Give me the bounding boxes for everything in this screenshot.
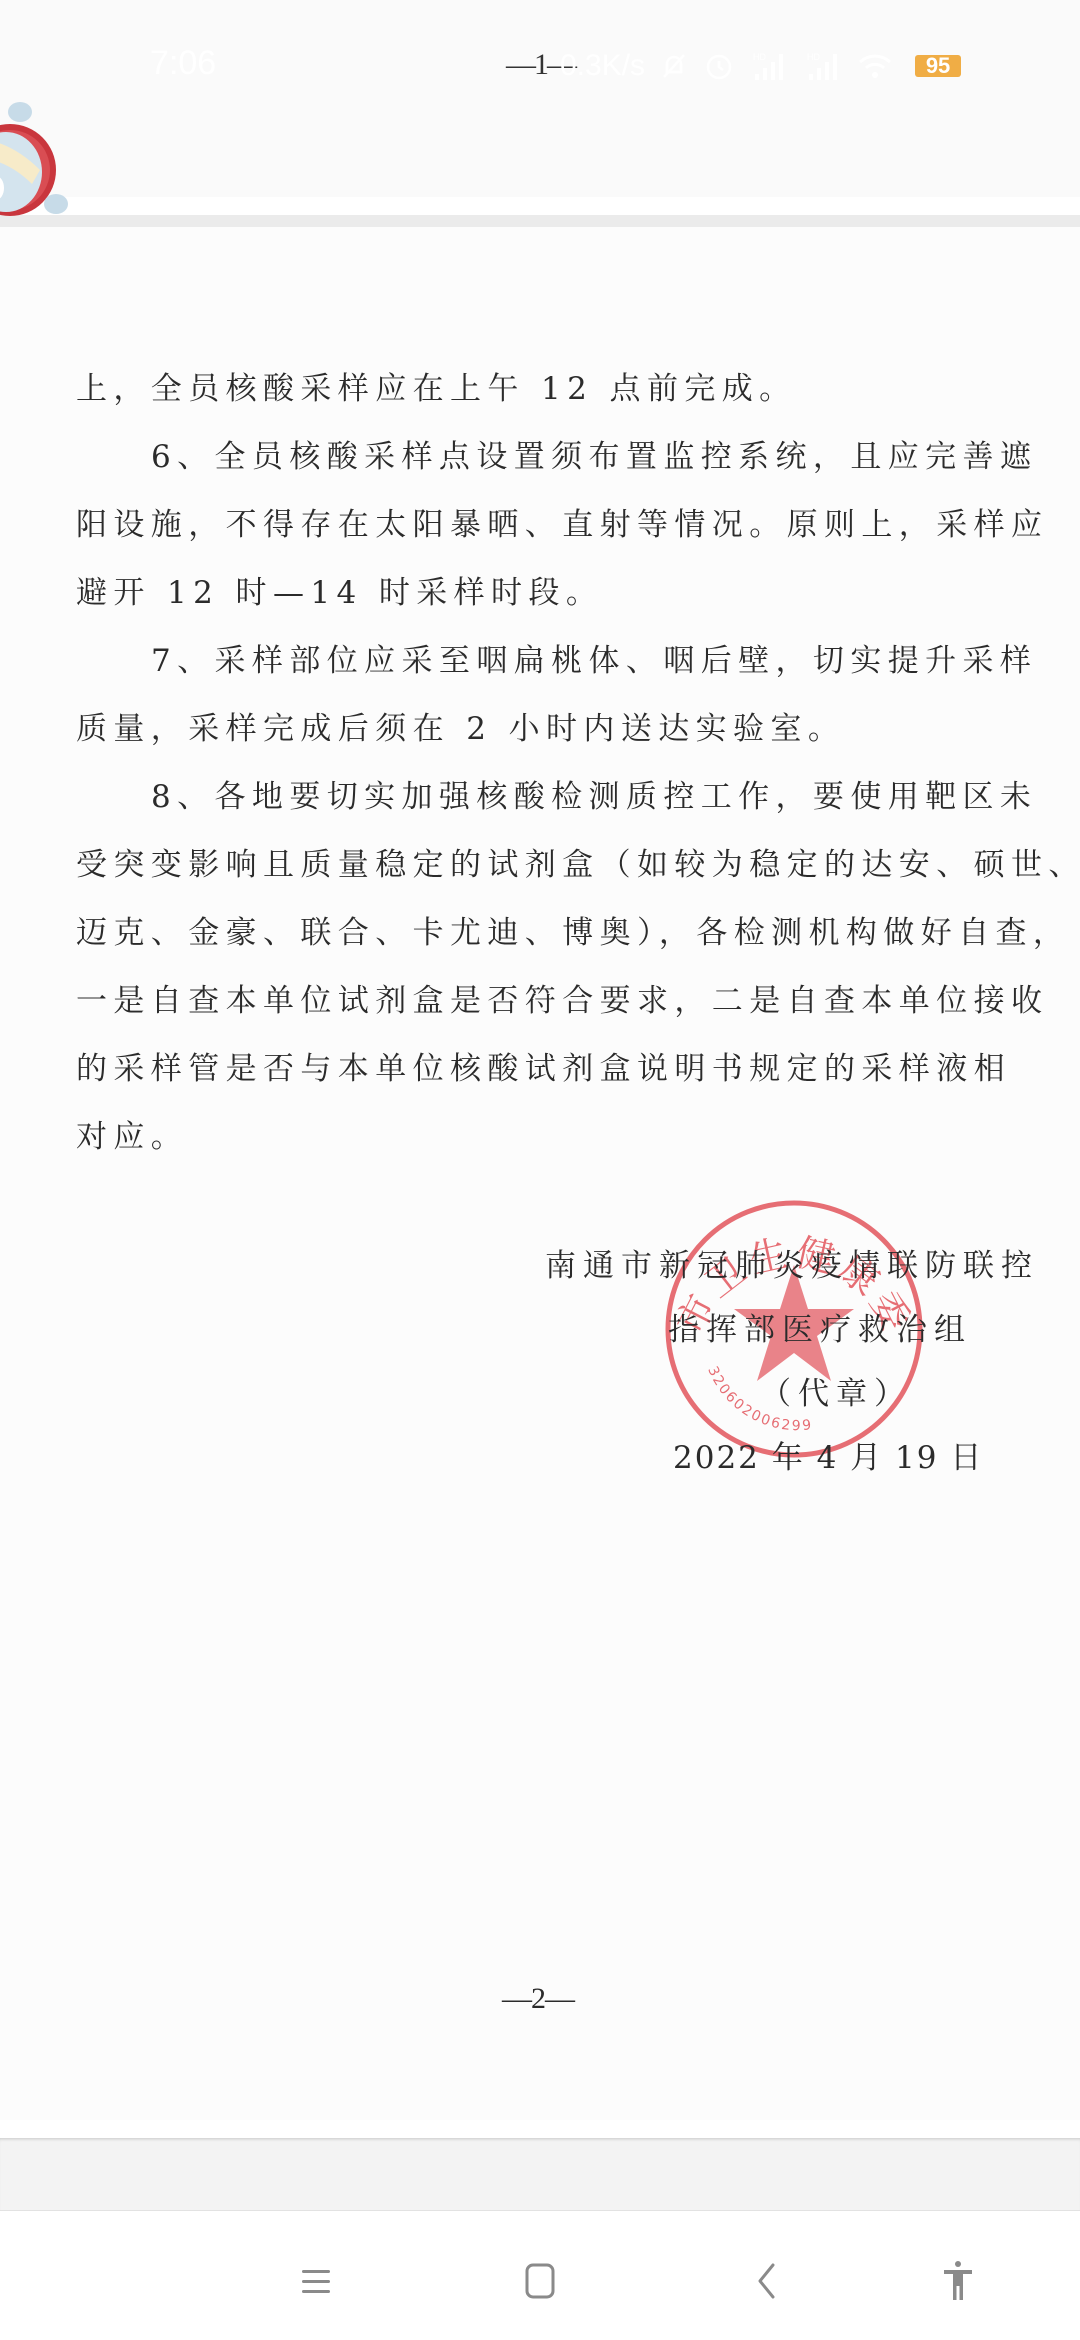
page-divider: [0, 215, 1080, 227]
system-navigation-bar: [0, 2211, 1080, 2340]
signature-org-line2: 指挥部医疗救治组: [668, 1304, 972, 1349]
document-line: 一是自查本单位试剂盒是否符合要求，二是自查本单位接收: [76, 967, 1016, 1035]
signature-date: 2022 年 4 月 19 日: [673, 1432, 983, 1477]
mascot-icon: [0, 100, 70, 240]
accessibility-button[interactable]: [928, 2251, 988, 2311]
document-page: 上，全员核酸采样应在上午 12 点前完成。 6、全员核酸采样点设置须布置监控系统…: [0, 227, 1080, 2120]
floating-mascot-widget[interactable]: [0, 100, 70, 240]
document-line: 8、各地要切实加强核酸检测质控工作，要使用靶区未: [76, 763, 1016, 831]
document-line: 上，全员核酸采样应在上午 12 点前完成。: [76, 355, 1016, 423]
signature-org-line1: 南通市新冠肺炎疫情联防联控: [545, 1240, 1039, 1285]
page-number: —2—: [502, 1982, 574, 2016]
viewer-bottom-area: [0, 2138, 1080, 2211]
home-button[interactable]: [510, 2251, 570, 2311]
document-line: 7、采样部位应采至咽扁桃体、咽后壁，切实提升采样: [76, 627, 1016, 695]
back-button[interactable]: [737, 2251, 797, 2311]
signature-seal-note: （代章）: [760, 1368, 912, 1413]
home-icon: [524, 2263, 556, 2299]
menu-button[interactable]: [286, 2251, 346, 2311]
document-line: 对应。: [76, 1103, 1016, 1171]
document-line: 6、全员核酸采样点设置须布置监控系统，且应完善遮: [76, 423, 1016, 491]
page-edge: [0, 197, 1080, 215]
previous-page-number: —1—: [506, 48, 575, 82]
document-line: 避开 12 时—14 时采样时段。: [76, 559, 1016, 627]
page-edge: [0, 2120, 1080, 2138]
previous-page-bottom: —1—: [0, 0, 1080, 197]
document-line: 阳设施，不得存在太阳暴晒、直射等情况。原则上，采样应: [76, 491, 1016, 559]
accessibility-icon: [942, 2260, 974, 2302]
document-body: 上，全员核酸采样应在上午 12 点前完成。 6、全员核酸采样点设置须布置监控系统…: [76, 355, 1016, 1171]
back-icon: [755, 2263, 779, 2299]
document-line: 迈克、金豪、联合、卡尤迪、博奥），各检测机构做好自查，: [76, 899, 1016, 967]
document-line: 的采样管是否与本单位核酸试剂盒说明书规定的采样液相: [76, 1035, 1016, 1103]
document-line: 受突变影响且质量稳定的试剂盒（如较为稳定的达安、硕世、: [76, 831, 1016, 899]
document-line: 质量，采样完成后须在 2 小时内送达实验室。: [76, 695, 1016, 763]
menu-icon: [300, 2265, 332, 2297]
